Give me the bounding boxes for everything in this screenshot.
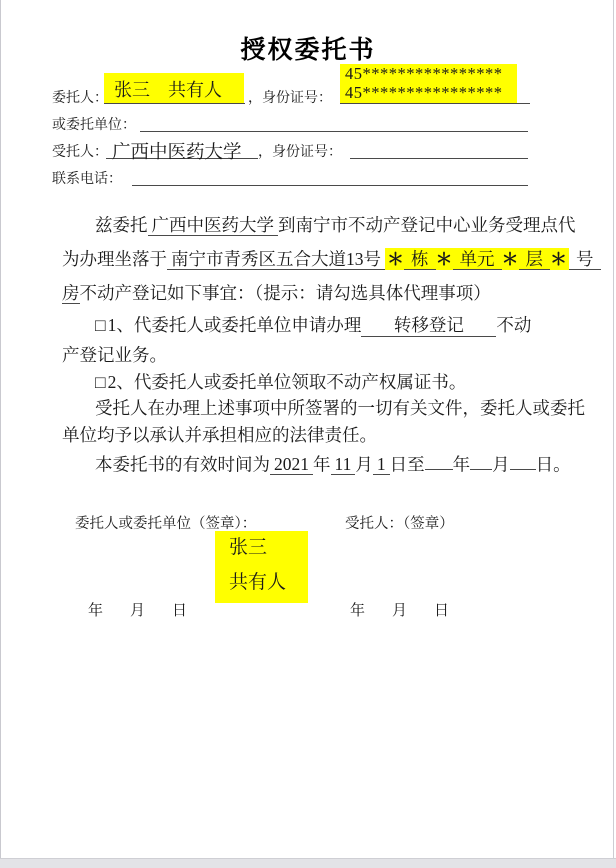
document-title: 授权委托书 bbox=[0, 30, 616, 66]
year-label: 年 bbox=[313, 454, 331, 474]
paragraph-line-1: 兹委托广西中医药大学到南宁市不动产登记中心业务受理点代 bbox=[95, 214, 576, 236]
address-unit-highlight: ＊栋＊单元＊层＊ bbox=[385, 248, 569, 270]
commitment-line-1: 受托人在办理上述事项中所签署的一切有关文件，委托人或委托 bbox=[95, 397, 585, 419]
item-1-continuation: 产登记业务。 bbox=[62, 344, 167, 366]
paragraph-line-2: 为办理坐落于南宁市青秀区五合大道13号＊栋＊单元＊层＊号 bbox=[62, 248, 601, 271]
entruster-signature-highlight: 张三 共有人 bbox=[215, 531, 308, 603]
trustee-label: 受托人： bbox=[52, 141, 108, 161]
trustee-date-year: 年 bbox=[350, 599, 365, 620]
p2-address: 南宁市青秀区五合大道13号 bbox=[167, 249, 385, 270]
item-1-post: 不动 bbox=[496, 315, 531, 335]
item-1-registration-type: 转移登记 bbox=[361, 314, 496, 337]
phone-label: 联系电话： bbox=[52, 168, 122, 188]
p1-suffix: 到南宁市不动产登记中心业务受理点代 bbox=[278, 215, 576, 235]
entruster-date-month: 月 bbox=[130, 599, 145, 620]
entrusting-unit-label: 或委托单位： bbox=[52, 114, 136, 134]
unit-unit: 单元 bbox=[453, 249, 502, 270]
star-1: ＊ bbox=[387, 250, 404, 269]
star-2: ＊ bbox=[436, 250, 453, 269]
entruster-date-day: 日 bbox=[172, 599, 187, 620]
star-4: ＊ bbox=[550, 250, 567, 269]
page-left-edge bbox=[0, 0, 1, 868]
month-label: 月 bbox=[355, 454, 373, 474]
validity-start-month: 11 bbox=[331, 454, 356, 475]
trustee-id-label: ，身份证号： bbox=[258, 141, 342, 161]
checkbox-1-icon: □ bbox=[95, 315, 106, 335]
item-2-line: □2、代委托人或委托单位领取不动产权属证书。 bbox=[95, 371, 466, 393]
p3-first-char: 房 bbox=[62, 283, 80, 304]
unit-floor: 层 bbox=[519, 249, 551, 270]
entruster-id-underline bbox=[340, 103, 530, 104]
p2-prefix: 为办理坐落于 bbox=[62, 249, 167, 269]
signature-name-2: 共有人 bbox=[229, 571, 308, 595]
end-day-blank bbox=[510, 451, 536, 470]
trustee-date-day: 日 bbox=[434, 599, 449, 620]
entruster-id-label: ，身份证号： bbox=[248, 87, 332, 107]
trustee-name: 广西中医药大学 bbox=[106, 138, 258, 159]
entruster-name: 张三 共有人 bbox=[114, 77, 222, 103]
entruster-name-underline bbox=[104, 103, 245, 104]
document-page: 授权委托书 委托人： 张三 共有人 ，身份证号： 45*************… bbox=[0, 0, 616, 868]
trustee-signature-label: 受托人：（签章） bbox=[345, 512, 454, 533]
page-bottom-shadow bbox=[0, 858, 616, 868]
p3-rest: 不动产登记如下事宜：（提示：请勾选具体代理事项） bbox=[80, 283, 491, 303]
entruster-id-highlight: 45**************** 45**************** bbox=[340, 64, 517, 103]
star-3: ＊ bbox=[502, 250, 519, 269]
day-to-label: 日至 bbox=[390, 454, 425, 474]
checkbox-2-icon: □ bbox=[95, 372, 106, 392]
entruster-id-line2: 45**************** bbox=[345, 83, 517, 102]
validity-start-day: 1 bbox=[373, 454, 390, 475]
end-month-blank bbox=[470, 451, 492, 470]
entruster-name-highlight: 张三 共有人 bbox=[104, 73, 244, 103]
end-day-label: 日。 bbox=[536, 454, 571, 474]
paragraph-line-3: 房不动产登记如下事宜：（提示：请勾选具体代理事项） bbox=[62, 282, 491, 304]
unit-number: 号 bbox=[569, 249, 601, 270]
validity-prefix: 本委托书的有效时间为 bbox=[95, 454, 270, 474]
end-year-blank bbox=[425, 451, 453, 470]
commitment-line-2: 单位均予以承认并承担相应的法律责任。 bbox=[62, 424, 377, 446]
entruster-label: 委托人： bbox=[52, 87, 108, 107]
item-2-text: 2、代委托人或委托单位领取不动产权属证书。 bbox=[108, 372, 467, 392]
trustee-date-month: 月 bbox=[392, 599, 407, 620]
unit-building: 栋 bbox=[404, 249, 436, 270]
entruster-date-row: 年月日 bbox=[88, 599, 214, 620]
validity-line: 本委托书的有效时间为2021年11月1日至年月日。 bbox=[95, 451, 571, 475]
entrusting-unit-underline bbox=[140, 131, 528, 132]
trustee-id-underline bbox=[350, 158, 528, 159]
entruster-id-line1: 45**************** bbox=[345, 64, 517, 83]
page-right-edge bbox=[613, 0, 614, 868]
end-year-label: 年 bbox=[453, 454, 471, 474]
validity-start-year: 2021 bbox=[270, 454, 313, 475]
phone-underline bbox=[132, 185, 528, 186]
p1-prefix: 兹委托 bbox=[95, 215, 148, 235]
entruster-signature-label: 委托人或委托单位（签章）： bbox=[75, 512, 256, 533]
item-1-line: □1、代委托人或委托单位申请办理转移登记不动 bbox=[95, 314, 531, 337]
end-month-label: 月 bbox=[492, 454, 510, 474]
signature-name-1: 张三 bbox=[229, 536, 308, 560]
entruster-date-year: 年 bbox=[88, 599, 103, 620]
p1-trustee-name: 广西中医药大学 bbox=[148, 215, 279, 236]
trustee-date-row: 年月日 bbox=[350, 599, 476, 620]
item-1-text: 1、代委托人或委托单位申请办理 bbox=[108, 315, 362, 335]
